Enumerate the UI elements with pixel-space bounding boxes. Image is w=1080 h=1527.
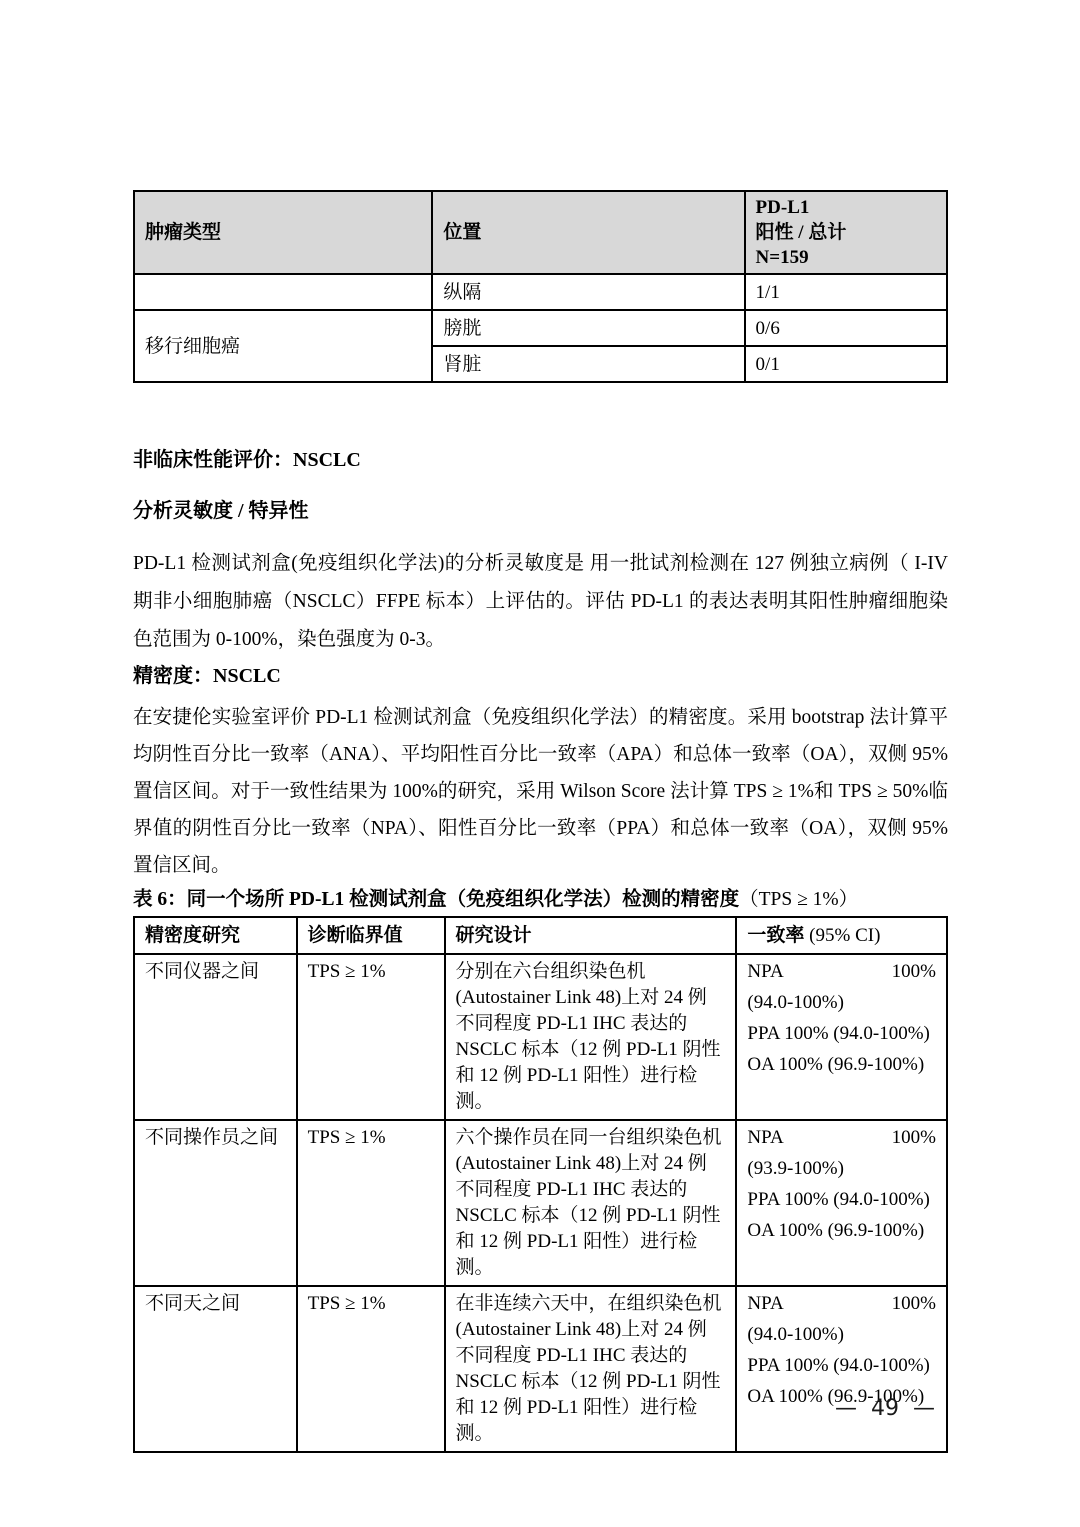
section-heading-precision: 精密度：NSCLC: [133, 663, 948, 689]
header-tumor-type: 肿瘤类型: [134, 191, 432, 274]
table6-caption-main: 表 6：同一个场所 PD-L1 检测试剂盒（免疫组织化学法）检测的精密度: [133, 889, 739, 910]
cell-study: 不同仪器之间: [134, 954, 297, 1120]
header-pdl1: PD-L1 阳性 / 总计 N=159: [745, 191, 947, 274]
table6-caption-cutoff: （TPS ≥ 1%）: [739, 889, 858, 910]
cell-cutoff: TPS ≥ 1%: [297, 954, 445, 1120]
document-page: 肿瘤类型 位置 PD-L1 阳性 / 总计 N=159 纵隔 1/1 移行细胞癌: [0, 0, 1080, 1527]
precision-row: 不同操作员之间 TPS ≥ 1% 六个操作员在同一台组织染色机(Autostai…: [134, 1120, 947, 1286]
cell-agreement: NPA 100% (94.0-100%) PPA 100% (94.0-100%…: [736, 954, 947, 1120]
page-number-dash-right: —: [913, 1396, 935, 1421]
cell-value: 0/1: [745, 346, 947, 382]
agreement-npa-line: NPA 100%: [747, 959, 936, 985]
agreement-npa-ci: (94.0-100%): [747, 990, 936, 1016]
tumor-table-row: 移行细胞癌 膀胱 0/6: [134, 310, 947, 346]
cell-value: 1/1: [745, 274, 947, 310]
paragraph-sensitivity: PD-L1 检测试剂盒(免疫组织化学法)的分析灵敏度是 用一批试剂检测在 127…: [133, 545, 948, 659]
header-design: 研究设计: [445, 917, 737, 954]
cell-cutoff: TPS ≥ 1%: [297, 1120, 445, 1286]
cell-design: 在非连续六天中，在组织染色机(Autostainer Link 48)上对 24…: [445, 1286, 737, 1452]
precision-table: 精密度研究 诊断临界值 研究设计 一致率 (95% CI) 不同仪器之间 TPS…: [133, 916, 948, 1453]
cell-tumor-type-empty: [134, 274, 432, 310]
page-content: 肿瘤类型 位置 PD-L1 阳性 / 总计 N=159 纵隔 1/1 移行细胞癌: [133, 190, 948, 1453]
header-agreement: 一致率 (95% CI): [736, 917, 947, 954]
agreement-oa: OA 100% (96.9-100%): [747, 1218, 936, 1244]
agreement-ppa: PPA 100% (94.0-100%): [747, 1021, 936, 1047]
cell-cutoff: TPS ≥ 1%: [297, 1286, 445, 1452]
cell-agreement: NPA 100% (93.9-100%) PPA 100% (94.0-100%…: [736, 1120, 947, 1286]
agreement-ppa: PPA 100% (94.0-100%): [747, 1353, 936, 1379]
agreement-npa-ci: (94.0-100%): [747, 1322, 936, 1348]
cell-study: 不同操作员之间: [134, 1120, 297, 1286]
precision-row: 不同仪器之间 TPS ≥ 1% 分别在六台组织染色机(Autostainer L…: [134, 954, 947, 1120]
cell-location: 纵隔: [432, 274, 744, 310]
agreement-ppa: PPA 100% (94.0-100%): [747, 1187, 936, 1213]
cell-agreement: NPA 100% (94.0-100%) PPA 100% (94.0-100%…: [736, 1286, 947, 1452]
agreement-npa-line: NPA 100%: [747, 1125, 936, 1151]
paragraph-precision: 在安捷伦实验室评价 PD-L1 检测试剂盒（免疫组织化学法）的精密度。采用 bo…: [133, 699, 948, 884]
section-heading-sensitivity: 分析灵敏度 / 特异性: [133, 498, 948, 524]
cell-design: 六个操作员在同一台组织染色机(Autostainer Link 48)上对 24…: [445, 1120, 737, 1286]
header-cutoff: 诊断临界值: [297, 917, 445, 954]
header-pdl1-line3: N=159: [756, 245, 936, 270]
agreement-npa-line: NPA 100%: [747, 1291, 936, 1317]
cell-location: 膀胱: [432, 310, 744, 346]
page-number-value: 49: [871, 1396, 899, 1421]
cell-study: 不同天之间: [134, 1286, 297, 1452]
tumor-table-header-row: 肿瘤类型 位置 PD-L1 阳性 / 总计 N=159: [134, 191, 947, 274]
header-study: 精密度研究: [134, 917, 297, 954]
page-number: — 49 —: [835, 1396, 935, 1421]
section-heading-nonclinical: 非临床性能评价：NSCLC: [133, 447, 948, 473]
agreement-oa: OA 100% (96.9-100%): [747, 1052, 936, 1078]
cell-tumor-type: 移行细胞癌: [134, 310, 432, 382]
cell-value: 0/6: [745, 310, 947, 346]
table6-caption: 表 6：同一个场所 PD-L1 检测试剂盒（免疫组织化学法）检测的精密度（TPS…: [133, 887, 948, 913]
cell-location: 肾脏: [432, 346, 744, 382]
tumor-location-table: 肿瘤类型 位置 PD-L1 阳性 / 总计 N=159 纵隔 1/1 移行细胞癌: [133, 190, 948, 383]
agreement-npa-ci: (93.9-100%): [747, 1156, 936, 1182]
precision-table-header-row: 精密度研究 诊断临界值 研究设计 一致率 (95% CI): [134, 917, 947, 954]
header-location: 位置: [432, 191, 744, 274]
page-number-dash-left: —: [835, 1396, 857, 1421]
precision-row: 不同天之间 TPS ≥ 1% 在非连续六天中，在组织染色机(Autostaine…: [134, 1286, 947, 1452]
header-pdl1-line2: 阳性 / 总计: [756, 220, 936, 245]
tumor-table-row: 纵隔 1/1: [134, 274, 947, 310]
cell-design: 分别在六台组织染色机(Autostainer Link 48)上对 24 例不同…: [445, 954, 737, 1120]
header-pdl1-line1: PD-L1: [756, 195, 936, 220]
